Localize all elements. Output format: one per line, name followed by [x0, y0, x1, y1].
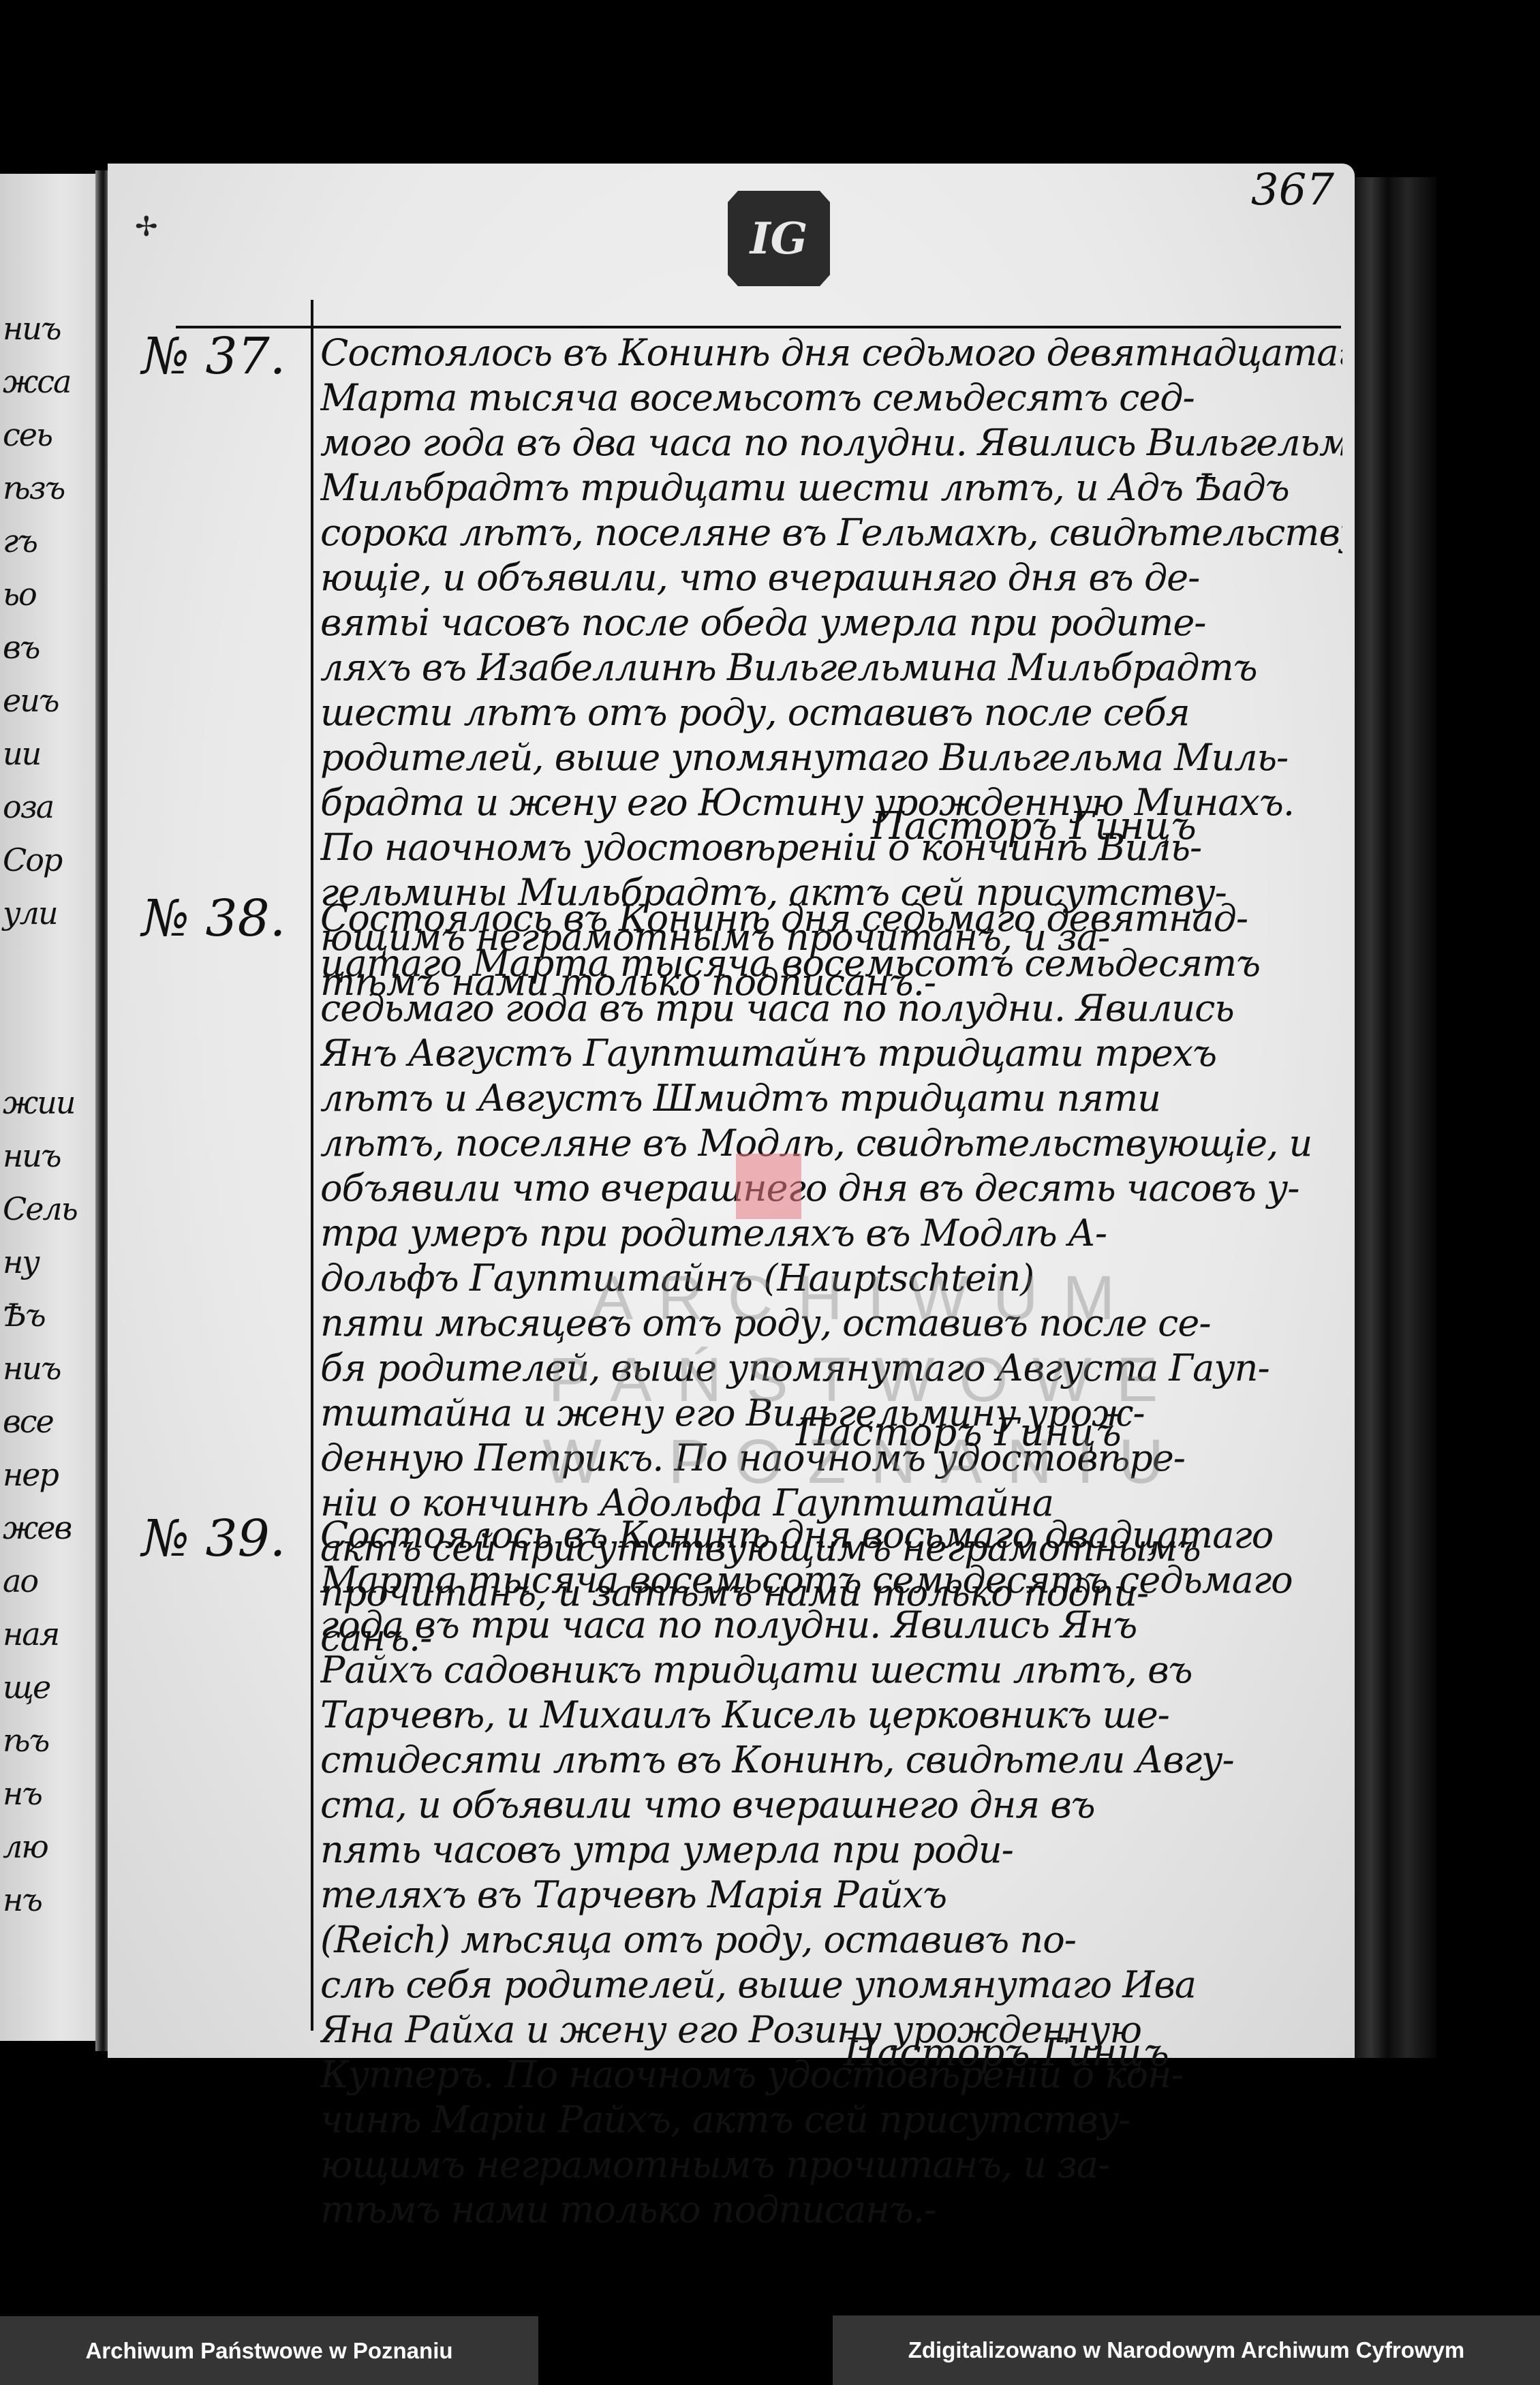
left-page-fragment: нъ	[3, 1881, 42, 1918]
left-page-fragment: нъ	[3, 1775, 42, 1812]
left-page-fragment: ниъ	[3, 1137, 61, 1174]
text-line: (Reich) мѣсяца отъ роду, оставивъ по-	[320, 1918, 1342, 1963]
highlight-marker	[736, 1154, 801, 1219]
text-line: пять часовъ утра умерла при роди-	[320, 1828, 1342, 1873]
watermark-line-1: ARCHIWUM PAŃSTWOWE	[354, 1257, 1376, 1421]
left-page-fragment: ао	[3, 1563, 37, 1599]
left-page-fragment: ули	[3, 895, 57, 932]
left-page-fragment: Сор	[3, 842, 61, 878]
text-line: лѣтъ, поселяне въ Модлѣ, свидѣтельствующ…	[320, 1121, 1342, 1166]
text-line: шести лѣтъ отъ роду, оставивъ после себя	[320, 690, 1342, 735]
text-line: стидесяти лѣтъ въ Конинѣ, свидѣтели Авгу…	[320, 1738, 1342, 1783]
text-line: Состоялось въ Конинѣ дня седьмого девятн…	[320, 330, 1342, 375]
text-line: тра умеръ при родителяхъ въ Модлѣ А-	[320, 1211, 1342, 1256]
left-page-fragment: жев	[3, 1509, 71, 1546]
left-page-fragment: лю	[3, 1828, 48, 1865]
text-line: Состоялось въ Конинѣ дня седьмаго девятн…	[320, 896, 1342, 941]
left-page-fragment: ще	[3, 1669, 50, 1706]
text-line: Марта тысяча восемьсотъ семьдесятъ седьм…	[320, 1558, 1342, 1603]
archive-watermark: ARCHIWUM PAŃSTWOWE W POZNANIU	[354, 1257, 1376, 1503]
header-rule	[176, 326, 1341, 328]
stamp-monogram: IG	[750, 213, 808, 264]
left-page-fragment: сеь	[3, 416, 52, 453]
footer-digitized-label: Zdigitalizowano w Narodowym Archiwum Cyf…	[833, 2315, 1540, 2385]
left-page-fragment: жса	[3, 363, 70, 400]
register-page: ✢ 367 IG № 37. Состоялось въ Конинѣ дня …	[108, 164, 1355, 2058]
watermark-line-2: W POZNANIU	[354, 1421, 1376, 1503]
left-page-fragment: Сель	[3, 1190, 77, 1227]
ink-blot-icon: ✢	[135, 211, 158, 243]
text-line: тѣмъ нами только подписанъ.-	[320, 2187, 1342, 2232]
text-line: ющимъ неграмотнымъ прочитанъ, и за-	[320, 2142, 1342, 2187]
entry-number-39: № 39.	[142, 1509, 286, 1568]
text-line: Купперъ. По наочномъ удостовѣреніи о кон…	[320, 2052, 1342, 2097]
text-line: сорока лѣтъ, поселяне въ Гельмахѣ, свидѣ…	[320, 510, 1342, 555]
signature-37: Пасторъ Гинцъ	[871, 804, 1197, 848]
text-line: цатаго Марта тысяча восемьсотъ семьдесят…	[320, 941, 1342, 986]
text-line: лѣтъ и Августъ Шмидтъ тридцати пяти	[320, 1076, 1342, 1121]
left-page-fragment: жии	[3, 1084, 75, 1121]
left-page-fragment: все	[3, 1403, 53, 1440]
footer-right-text: Zdigitalizowano w Narodowym Archiwum Cyf…	[908, 2337, 1465, 2363]
page-stack-edge	[1355, 177, 1436, 2058]
archive-stamp: IG	[728, 191, 830, 286]
left-page-fragment: оза	[3, 788, 53, 825]
left-page-fragment: ѣъ	[3, 1722, 48, 1759]
text-line: теляхъ въ Тарчевѣ Марія Райхъ	[320, 1873, 1342, 1918]
text-line: ста, и объявили что вчерашнего дня въ	[320, 1783, 1342, 1828]
book-gutter	[95, 170, 109, 2051]
text-line: седьмаго года въ три часа по полудни. Яв…	[320, 986, 1342, 1031]
text-line: вятьі часовъ после обеда умерла при роди…	[320, 600, 1342, 645]
margin-rule	[311, 300, 313, 2031]
text-line: ляхъ въ Изабеллинѣ Вильгельмина Мильбрад…	[320, 645, 1342, 690]
text-line: объявили что вчерашнего дня въ десять ча…	[320, 1166, 1342, 1211]
signature-39: Пасторъ Гинцъ	[844, 2031, 1169, 2075]
text-line: Тарчевѣ, и Михаилъ Кисель церковникъ ше-	[320, 1693, 1342, 1738]
left-page-fragment: Ѣъ	[3, 1297, 45, 1334]
text-line: года въ три часа по полудни. Явились Янъ	[320, 1603, 1342, 1648]
text-line: Состоялось въ Конинѣ дня восьмаго двадца…	[320, 1513, 1342, 1558]
footer-archive-label: Archiwum Państwowe w Poznaniu	[0, 2316, 538, 2385]
text-line: Марта тысяча восемьсотъ семьдесятъ сед-	[320, 375, 1342, 420]
left-page-fragment: ниъ	[3, 310, 61, 347]
left-page-edge: ниъжсасеьѣзъгъьовъеиъииозаСорулижииниъСе…	[0, 174, 102, 2041]
left-page-fragment: ии	[3, 735, 40, 772]
left-page-fragment: въ	[3, 629, 39, 666]
text-line: Янъ Августъ Гауптштайнъ тридцати трехъ	[320, 1031, 1342, 1076]
page-number: 367	[1251, 165, 1334, 215]
text-line: Яна Райха и жену его Розину урожденную	[320, 2007, 1342, 2052]
text-line: мого года въ два часа по полудни. Явилис…	[320, 420, 1342, 465]
entry-number-38: № 38.	[142, 889, 286, 948]
left-page-fragment: еиъ	[3, 682, 59, 719]
left-page-fragment: ная	[3, 1616, 59, 1652]
text-line: ющіе, и объявили, что вчерашняго дня въ …	[320, 555, 1342, 600]
entry-number-37: № 37.	[142, 327, 286, 386]
text-line: чинѣ Маріи Райхъ, актъ сей присутству-	[320, 2097, 1342, 2142]
left-page-fragment: нер	[3, 1456, 58, 1493]
left-page-fragment: ниъ	[3, 1350, 61, 1387]
footer-left-text: Archiwum Państwowe w Poznaniu	[85, 2338, 452, 2364]
text-line: родителей, выше упомянутаго Вильгельма М…	[320, 735, 1342, 780]
left-page-fragment: ѣзъ	[3, 470, 64, 506]
left-page-fragment: ьо	[3, 576, 36, 613]
text-line: Мильбрадтъ тридцати шести лѣтъ, и Адъ Ѣа…	[320, 465, 1342, 510]
left-page-fragment: гъ	[3, 523, 37, 559]
left-page-fragment: ну	[3, 1244, 39, 1280]
entry-39-text: Состоялось въ Конинѣ дня восьмаго двадца…	[320, 1513, 1342, 2232]
text-line: слѣ себя родителей, выше упомянутаго Ива	[320, 1963, 1342, 2007]
text-line: Райхъ садовникъ тридцати шести лѣтъ, въ	[320, 1648, 1342, 1693]
